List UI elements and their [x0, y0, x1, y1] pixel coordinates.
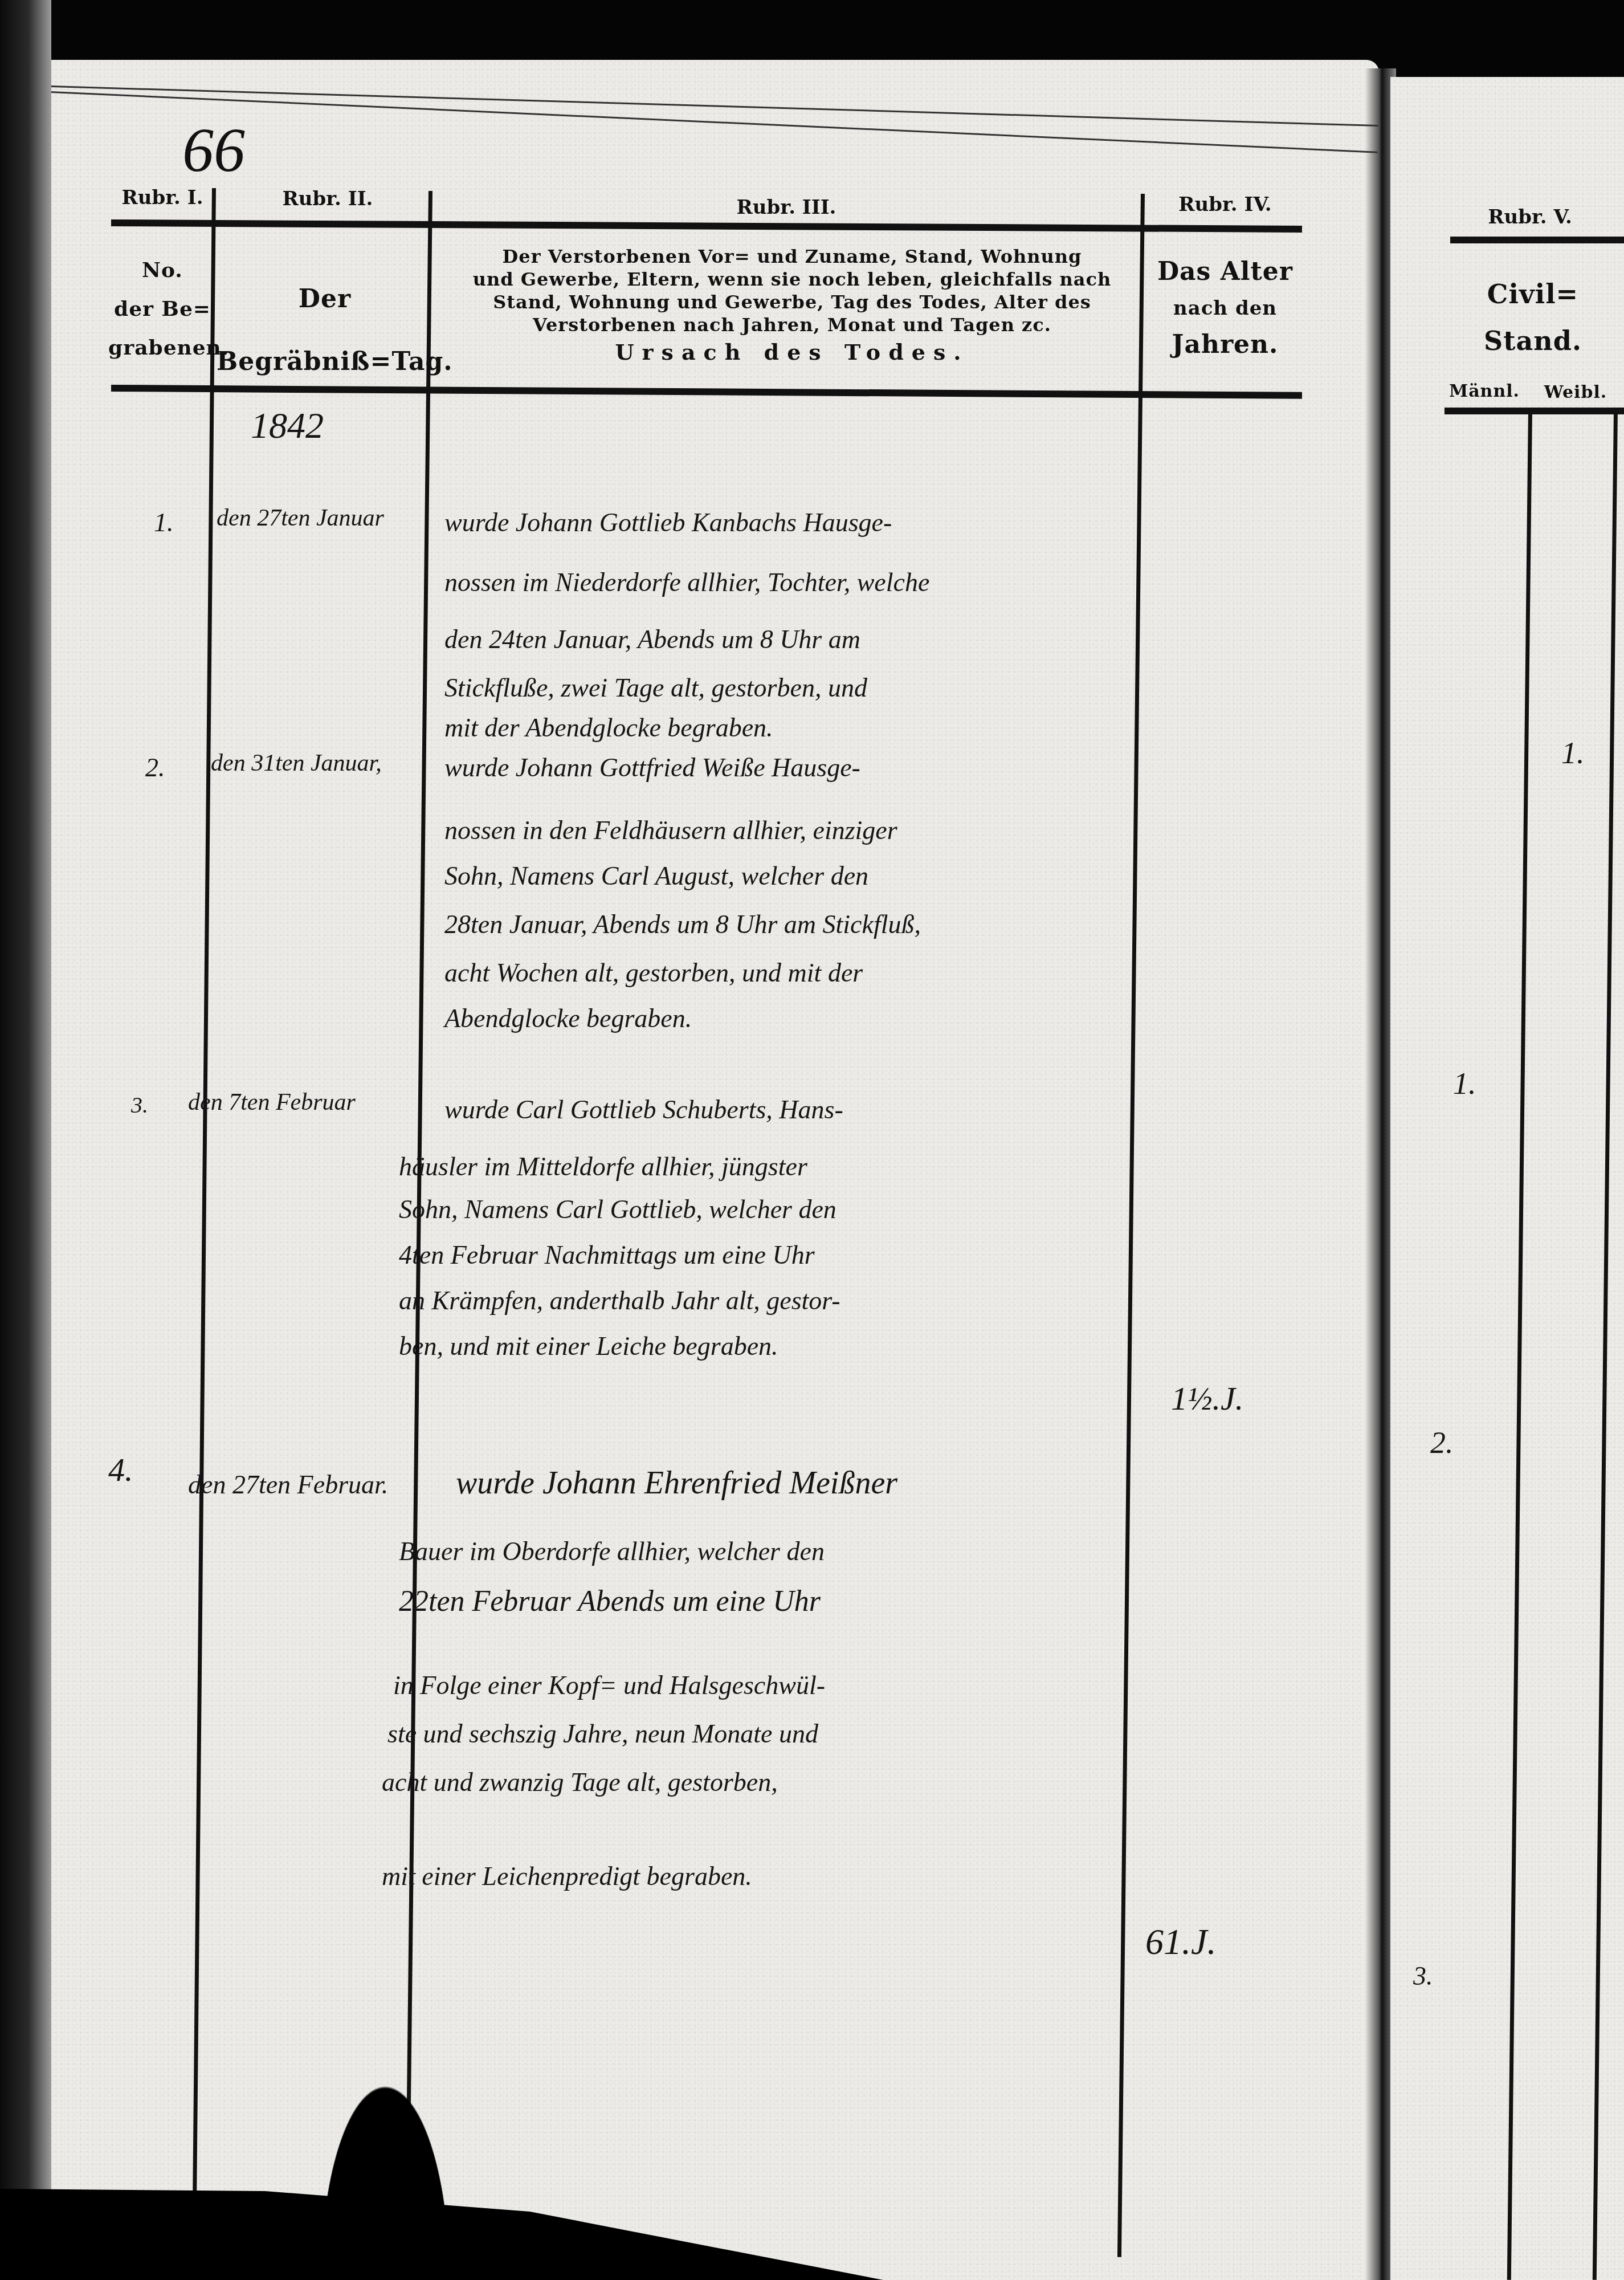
rubr-3-subtitle: Ursach des Todes. [442, 341, 1142, 364]
rubr-1-label: Rubr. I. [108, 187, 217, 209]
entry-2-number: 2. [145, 752, 165, 783]
rubr-4-title: Das Alter nach den Jahren. [1145, 254, 1305, 363]
entry-2-civil-male: 1. [1453, 1066, 1476, 1101]
rubr-5-label: Rubr. V. [1459, 206, 1601, 229]
entry-4-age: 61.J. [1145, 1921, 1216, 1963]
rubr-5-title: Civil= Stand. [1459, 271, 1607, 364]
rubr-3-title: Der Verstorbenen Vor= und Zuname, Stand,… [442, 245, 1142, 364]
scan-left-edge-shadow [0, 0, 51, 2280]
page-number: 66 [182, 114, 245, 186]
entry-4-civil-male: 3. [1413, 1961, 1433, 1991]
entry-3-burial-day: den 7ten Februar [188, 1089, 356, 1116]
header-bottom-rule-right [1445, 408, 1624, 414]
rubr-4-label: Rubr. IV. [1145, 194, 1305, 216]
entry-2-burial-day: den 31ten Januar, [211, 750, 382, 777]
entry-3-number: 3. [131, 1092, 148, 1118]
entry-1-civil-female: 1. [1561, 735, 1585, 771]
entry-1-number: 1. [154, 507, 174, 538]
entry-3-civil-male: 2. [1430, 1425, 1454, 1460]
rubr-2-label: Rubr. II. [222, 188, 433, 210]
header-top-rule-right [1450, 237, 1624, 243]
rubr-1-title: No. der Be= grabenen. [108, 251, 217, 367]
rubr-3-label: Rubr. III. [433, 197, 1140, 219]
rubr-2-title: Der Begräbniß=Tag. [217, 268, 433, 393]
thumb-shadow [222, 2029, 519, 2280]
register-year: 1842 [251, 405, 324, 447]
civil-female-label: Weibl. [1539, 383, 1613, 403]
civil-male-label: Männl. [1447, 382, 1521, 402]
entry-4-burial-day: den 27ten Februar. [188, 1459, 393, 1510]
entry-1-burial-day: den 27ten Januar [217, 504, 384, 532]
entry-4-number: 4. [108, 1451, 133, 1489]
entry-3-age: 1½.J. [1171, 1379, 1243, 1418]
